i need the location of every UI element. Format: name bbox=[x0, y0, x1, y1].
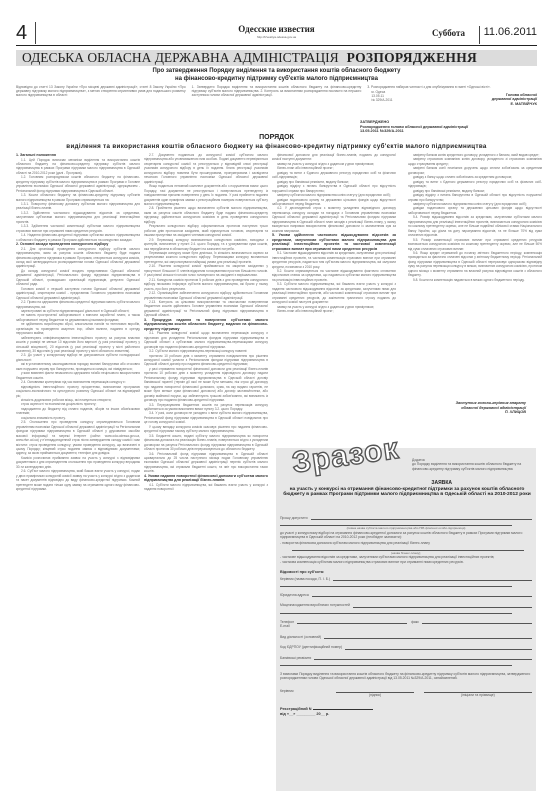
paragraph: У цьому випадку конкурсна комісія скасов… bbox=[144, 425, 268, 434]
production-location-row: Місцезнаходження виробничих потужностей bbox=[280, 603, 532, 607]
paragraph: 2.2. Право на одержання фінансово-кредит… bbox=[16, 300, 140, 309]
email-spacer bbox=[293, 625, 532, 629]
section-heading: 4. Умови надання поворотної фінансової д… bbox=[144, 474, 268, 483]
paragraph: 2.12. Організаційне забезпечення конкурс… bbox=[144, 291, 268, 300]
edrpou-field[interactable] bbox=[345, 646, 532, 650]
text-column-3: фінансової допомоги для реалізації бізне… bbox=[272, 153, 396, 438]
section-title-bar: ОДЕСЬКА ОБЛАСНА ДЕРЖАВНА АДМІНІСТРАЦІЯРО… bbox=[16, 50, 537, 66]
signature-cell: (підпис) bbox=[336, 689, 413, 697]
paragraph: 1.3.2. Здійснення часткового відшкодуван… bbox=[16, 211, 140, 224]
paragraph: 1.4. Надання фінансово-кредитної підтрим… bbox=[16, 233, 140, 242]
paragraph: 2.6. Суб'єкт малого підприємництва, який… bbox=[16, 469, 140, 491]
paragraph: 1.3. Кошти обласного бюджету на фінансов… bbox=[16, 193, 140, 202]
order-title: ПОРЯДОК bbox=[16, 134, 537, 142]
request-label: Прошу допустити bbox=[280, 516, 308, 520]
paragraph: у разі отримання поворотної фінансової д… bbox=[144, 367, 268, 403]
decree-closing: 3. Розпорядження набирає чинності з дня … bbox=[367, 85, 537, 102]
fax-label: факс bbox=[411, 620, 419, 624]
manager-sign-label: Керівник bbox=[280, 689, 326, 697]
signature-row: Керівник (підпис) (ініціали та прізвище) bbox=[280, 689, 532, 697]
paragraph: 2.5. Оголошення про проведення конкурсу … bbox=[16, 420, 140, 456]
production-location-field-2[interactable] bbox=[280, 608, 512, 614]
order-subtitle: виділення та використання коштів обласно… bbox=[16, 142, 537, 151]
paragraph: завірену суб'єктом малого підприємства к… bbox=[272, 193, 396, 197]
decree-signature: Голова обласної державної адміністрації … bbox=[492, 93, 537, 106]
registration-date[interactable]: від «__» _________ 20__ р. bbox=[280, 712, 532, 717]
paragraph: 5.2. Кошти спрямовуються на часткове від… bbox=[272, 269, 396, 282]
production-location-field[interactable] bbox=[353, 604, 532, 608]
section-heading: 5. Умови здійснення часткового відшкодув… bbox=[272, 233, 396, 251]
paragraph: 1.3.1. Поворотну фінансову допомогу суб'… bbox=[16, 202, 140, 211]
decree-heading-line2: на фінансово-кредитну підтримку суб'єкті… bbox=[16, 75, 537, 83]
legal-address-field[interactable] bbox=[312, 593, 532, 597]
paragraph: бізнес-план або інвестиційний проект; bbox=[272, 309, 396, 313]
application-form-body: Прошу допустити (повна назва суб'єкта ма… bbox=[280, 510, 532, 717]
paragraph: 5.3. Суб'єкти малого підприємництва, які… bbox=[272, 282, 396, 304]
paragraph: надходження до бюджету від сплати податк… bbox=[16, 407, 140, 416]
edrpou-row: Код ЄДРПОУ (ідентифікаційний номер) bbox=[280, 645, 532, 649]
edrpou-label: Код ЄДРПОУ (ідентифікаційний номер) bbox=[280, 645, 342, 649]
paragraph: Якщо подається неповний комплект докумен… bbox=[144, 184, 268, 206]
order-signature: Заступник голови-керівник апарату обласн… bbox=[392, 401, 526, 415]
paragraph: 5.5. Розмір компенсації страхових виплат… bbox=[408, 238, 542, 251]
phone-field[interactable] bbox=[297, 620, 407, 624]
text-column-2: 2.7. Документи подаються до конкурсної к… bbox=[144, 153, 268, 793]
signature-hint: (підпис) bbox=[336, 693, 413, 697]
issue-date: 11.06.2011 bbox=[479, 26, 537, 44]
paragraph: 1.3.3. Здійснення часткової компенсації … bbox=[16, 224, 140, 233]
manager-field-2[interactable] bbox=[280, 581, 512, 587]
phone-fax-row: Телефон факс bbox=[280, 620, 532, 624]
paragraph: 2.7. Документи подаються до конкурсної к… bbox=[144, 153, 268, 184]
paragraph: 3.4. У разі, коли договори не укладено з… bbox=[144, 411, 268, 424]
decree-clause-3: 3. Розпорядження набирає чинності з дня … bbox=[367, 85, 537, 89]
production-location-label: Місцезнаходження виробничих потужностей bbox=[280, 603, 350, 607]
subject-info-title: Відомості про суб'єкта: bbox=[280, 570, 532, 574]
paragraph: 2.4. Основними критеріями під час визнач… bbox=[16, 380, 140, 384]
paragraph: Комісія розпочинає приймання заявок на у… bbox=[16, 456, 140, 469]
paragraph: не здійснюють виробництво зброї, алкогол… bbox=[16, 322, 140, 335]
option-repayable-aid[interactable]: - поворотна фінансова допомога суб'єктам… bbox=[280, 541, 430, 545]
legal-address-label: Юридична адреса bbox=[280, 593, 309, 597]
email-label: E-mail bbox=[280, 624, 290, 628]
manager-label: Керівник (назва посади, П. І. Б.) bbox=[280, 577, 330, 581]
signer2-name: П. ХЛИЦОВ bbox=[392, 410, 526, 415]
bank-details-label: Банківські реквізити bbox=[280, 656, 311, 660]
text-column-4: завірену банком копію кредитного договор… bbox=[408, 153, 542, 398]
registration-number-field[interactable] bbox=[313, 709, 373, 710]
paragraph: 4.1. Суб'єкти малого підприємництва, які… bbox=[144, 483, 268, 492]
paragraph: довідку відділу з питань банкрутства в О… bbox=[272, 184, 396, 193]
paragraph: у яких виявлені факти незаконного одержа… bbox=[16, 371, 140, 380]
fax-field[interactable] bbox=[422, 620, 532, 624]
paragraph: відповідність інвестиційного проекту прі… bbox=[16, 385, 140, 398]
application-subtitle: на участь у конкурсі на отримання фінанс… bbox=[280, 487, 534, 498]
email-row: E-mail bbox=[280, 624, 532, 628]
paragraph: 1.2. Головним розпорядником коштів облас… bbox=[16, 175, 140, 193]
paragraph: До складу конкурсної комісії входять пре… bbox=[16, 269, 140, 287]
bank-details-field-2[interactable] bbox=[280, 660, 512, 666]
paragraph: які в установленому законодавством поряд… bbox=[16, 362, 140, 371]
paragraph: 2.10. Рішення конкурсної комісії приймаю… bbox=[144, 264, 268, 277]
addendum-text: до Порядку виділення та використання кош… bbox=[412, 462, 532, 471]
registration-block: Реєстраційний N від «__» _________ 20__ … bbox=[280, 707, 532, 717]
masthead: 4 Одесские известия http://izvestiya.ode… bbox=[16, 22, 537, 46]
decree-body: Відповідно до статті 13 Закону України «… bbox=[16, 85, 537, 102]
bank-details-field[interactable] bbox=[314, 656, 532, 660]
decree-preamble: Відповідно до статті 13 Закону України «… bbox=[16, 85, 186, 102]
decree-heading: Про затвердження Порядку виділення та ви… bbox=[16, 67, 537, 83]
applicant-name-field[interactable] bbox=[311, 516, 532, 520]
approval-stamp: ЗАТВЕРДЖЕНО Розпорядження голови обласно… bbox=[360, 120, 468, 134]
participation-text: до участі у конкурсному відборі на отрим… bbox=[280, 531, 532, 540]
paragraph: довідку та витяг з Єдиного державного ре… bbox=[408, 180, 542, 189]
initials-cell: (ініціали та прізвище) bbox=[424, 689, 532, 697]
paragraph: 5.6. Якщо кредит отриманий до початку зв… bbox=[408, 251, 542, 278]
paragraph: довідки податкового органу та державних … bbox=[272, 198, 396, 207]
activity-field[interactable] bbox=[324, 635, 532, 639]
authority-name: ОДЕСЬКА ОБЛАСНА ДЕРЖАВНА АДМІНІСТРАЦІЯ bbox=[22, 50, 339, 65]
section-name: РОЗПОРЯДЖЕННЯ bbox=[347, 50, 477, 65]
paragraph: довідку відділу з питань банкрутства в О… bbox=[408, 193, 542, 202]
option-insurance-compensation[interactable]: - часткова компенсація суб'єктам малого … bbox=[280, 560, 532, 564]
paragraph: 5.1. Часткове відшкодування відсотків за… bbox=[272, 251, 396, 269]
paragraph: 3.1. Рішення конкурсної комісії щодо виз… bbox=[144, 331, 268, 349]
application-heading: ЗАЯВКА на участь у конкурсі на отримання… bbox=[280, 481, 534, 498]
paragraph: 4.2. У десятиденний строк з моменту укла… bbox=[272, 206, 396, 233]
paragraph: Головою комісії є перший заступник голов… bbox=[16, 287, 140, 300]
addendum-note: Додаток до Порядку виділення та використ… bbox=[412, 458, 532, 471]
paragraph: 5.8. Кошти на компенсацію надаються в ме… bbox=[408, 278, 542, 282]
paragraph: Результати конкурсного відбору оформлюют… bbox=[144, 224, 268, 237]
paragraph: не мають простроченої заборгованості з в… bbox=[16, 313, 140, 322]
paragraph: 2.1. Для організації проведення конкурсн… bbox=[16, 247, 140, 269]
registration-label: Реєстраційний N bbox=[280, 707, 312, 711]
paragraph: 2.13. Контроль за цільовим використанням… bbox=[144, 300, 268, 318]
paragraph: завірену страховою компанією копію догов… bbox=[408, 157, 542, 166]
issue-weekday: Суббота bbox=[432, 28, 465, 38]
paragraph: довідки податкового органу та державних … bbox=[408, 206, 542, 215]
signer-name: Е. МАТВІЙЧУК bbox=[492, 102, 537, 106]
text-column-1: 1. Загальні положення1.1. Цей Порядок ви… bbox=[16, 153, 140, 793]
manager-row: Керівник (назва посади, П. І. Б.) bbox=[280, 577, 532, 581]
paragraph: 2.3. До участі у конкурсному відборі не … bbox=[16, 353, 140, 362]
paragraph: Переможців конкурсу може бути декілька, … bbox=[144, 251, 268, 264]
decree-clauses: 1. Затвердити Порядок виділення та викор… bbox=[192, 85, 362, 102]
paragraph: 5.4. Розмір відшкодування відсотків за к… bbox=[408, 215, 542, 237]
activity-row: Вид діяльності (основний) bbox=[280, 635, 532, 639]
paragraph: 3.3. Перерахування бюджетних коштів на р… bbox=[144, 403, 268, 412]
paragraph: 3.6. Регіональний фонд підтримки підприє… bbox=[144, 452, 268, 474]
section-heading: 3. Процедура надання та повернення суб'є… bbox=[144, 318, 268, 332]
acknowledgement-text: З вимогами Порядку виділення та використ… bbox=[280, 672, 532, 681]
paragraph: 1.1. Цей Порядок визначає механізм виділ… bbox=[16, 158, 140, 176]
paragraph: фінансової допомоги для реалізації бізне… bbox=[272, 153, 396, 162]
paragraph: 2.11. Конкурсна комісія протягом 5 робоч… bbox=[144, 278, 268, 291]
request-row: Прошу допустити bbox=[280, 516, 532, 520]
activity-label: Вид діяльності (основний) bbox=[280, 635, 321, 639]
decree-heading-line1: Про затвердження Порядку виділення та ви… bbox=[16, 67, 537, 75]
manager-field[interactable] bbox=[333, 577, 532, 581]
initials-hint: (ініціали та прізвище) bbox=[424, 693, 532, 697]
paragraph: 2.9. Переможці конкурсу визначаються кон… bbox=[144, 238, 268, 251]
paragraph: забезпечують співфінансування інвестицій… bbox=[16, 336, 140, 354]
paragraph: довідку та витяг з Єдиного державного ре… bbox=[272, 171, 396, 180]
paragraph: протягом 10 робочих днів з моменту отрим… bbox=[144, 354, 268, 367]
paragraph: 2.8. Прийняття рішення щодо визначення с… bbox=[144, 206, 268, 224]
bank-row: Банківські реквізити bbox=[280, 656, 532, 660]
paragraph: 3.5. Бюджетні кошти, видані суб'єкту мал… bbox=[144, 434, 268, 452]
legal-address-row: Юридична адреса bbox=[280, 593, 532, 597]
paragraph: завірені банком копії платіжних доручень… bbox=[408, 166, 542, 175]
